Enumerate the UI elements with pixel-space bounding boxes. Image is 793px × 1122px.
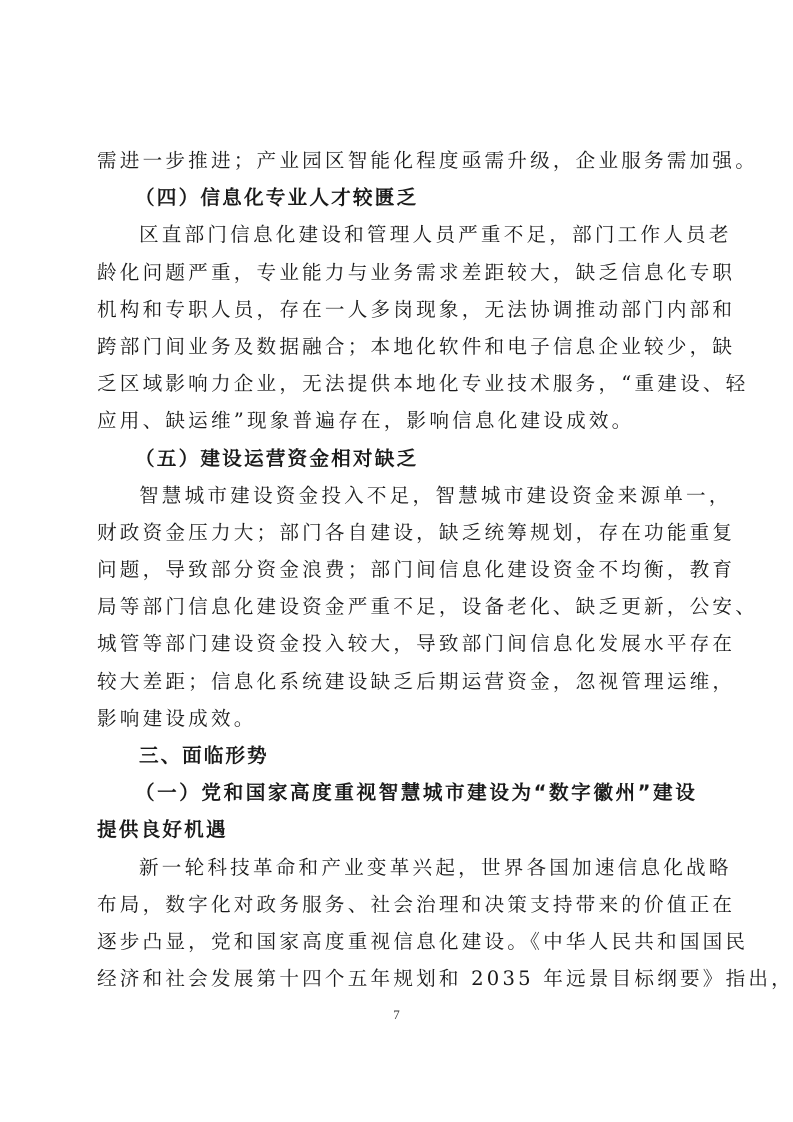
paragraph-line: 智慧城市建设资金投入不足，智慧城市建设资金来源单一， [97,477,697,514]
section-heading-talent-shortage: （四）信息化专业人才较匮乏 [97,179,697,216]
paragraph-line: 机构和专职人员，存在一人多岗现象，无法协调推动部门内部和 [97,291,697,328]
paragraph-line: 城管等部门建设资金投入较大，导致部门间信息化发展水平存在 [97,625,697,662]
paragraph-line: 跨部门间业务及数据融合；本地化软件和电子信息企业较少，缺 [97,328,697,365]
document-page-body: 需进一步推进；产业园区智能化程度亟需升级，企业服务需加强。 （四）信息化专业人才… [97,142,697,997]
paragraph-line: 逐步凸显，党和国家高度重视信息化建设。《中华人民共和国国民 [97,923,697,960]
paragraph-line: 乏区域影响力企业，无法提供本地化专业技术服务，“重建设、轻 [97,365,697,402]
chapter-heading-situation: 三、面临形势 [97,737,697,774]
section-heading-funding-shortage: （五）建设运营资金相对缺乏 [97,440,697,477]
paragraph-line: 经济和社会发展第十四个五年规划和 2035 年远景目标纲要》指出， [97,960,697,997]
page-number: 7 [0,1007,793,1023]
section-heading-national-priority: （一）党和国家高度重视智慧城市建设为“数字徽州”建设 [97,774,697,811]
paragraph-line: 区直部门信息化建设和管理人员严重不足，部门工作人员老 [97,216,697,253]
paragraph-line: 布局，数字化对政务服务、社会治理和决策支持带来的价值正在 [97,886,697,923]
section-heading-national-priority-cont: 提供良好机遇 [97,811,697,848]
paragraph-line: 龄化问题严重，专业能力与业务需求差距较大，缺乏信息化专职 [97,254,697,291]
paragraph-line: 影响建设成效。 [97,700,697,737]
paragraph-line: 问题，导致部分资金浪费；部门间信息化建设资金不均衡，教育 [97,551,697,588]
paragraph-line: 财政资金压力大；部门各自建设，缺乏统筹规划，存在功能重复 [97,514,697,551]
paragraph-line: 局等部门信息化建设资金严重不足，设备老化、缺乏更新，公安、 [97,588,697,625]
paragraph-line: 较大差距；信息化系统建设缺乏后期运营资金，忽视管理运维， [97,663,697,700]
paragraph-line: 新一轮科技革命和产业变革兴起，世界各国加速信息化战略 [97,849,697,886]
paragraph-line: 需进一步推进；产业园区智能化程度亟需升级，企业服务需加强。 [97,142,697,179]
paragraph-line: 应用、缺运维”现象普遍存在，影响信息化建设成效。 [97,402,697,439]
